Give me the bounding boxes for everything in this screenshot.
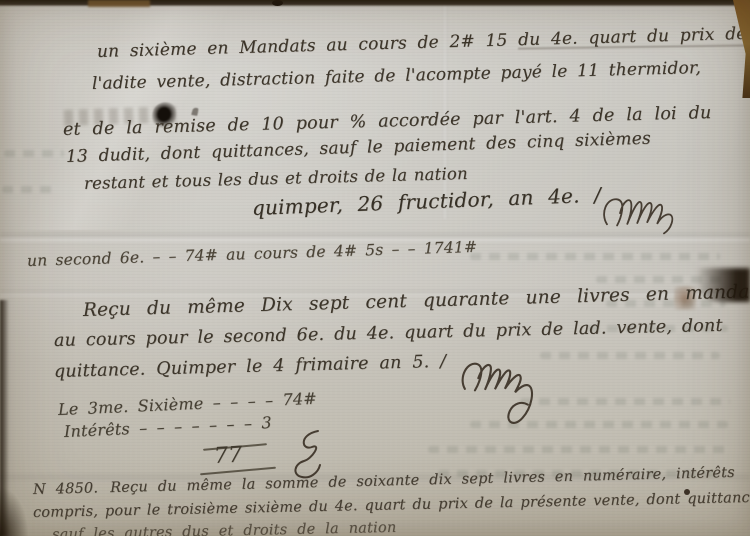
- paper-edge-fragment: [88, 0, 150, 7]
- print-bleedthrough: [4, 150, 64, 157]
- photo-corner-shadow: [0, 488, 28, 536]
- print-bleedthrough: [428, 446, 728, 453]
- signature-flourish: [453, 343, 587, 438]
- edge-shadow: [696, 268, 750, 302]
- document-photo: un sixième en Mandats au cours de 2# 15 …: [0, 0, 750, 536]
- print-bleedthrough: [2, 186, 57, 193]
- print-bleedthrough: [470, 253, 720, 260]
- edge-notch: [272, 0, 283, 6]
- signature-flourish: [596, 177, 716, 245]
- account-total: 77: [213, 443, 243, 469]
- receipt-number: N 4850.: [33, 480, 99, 498]
